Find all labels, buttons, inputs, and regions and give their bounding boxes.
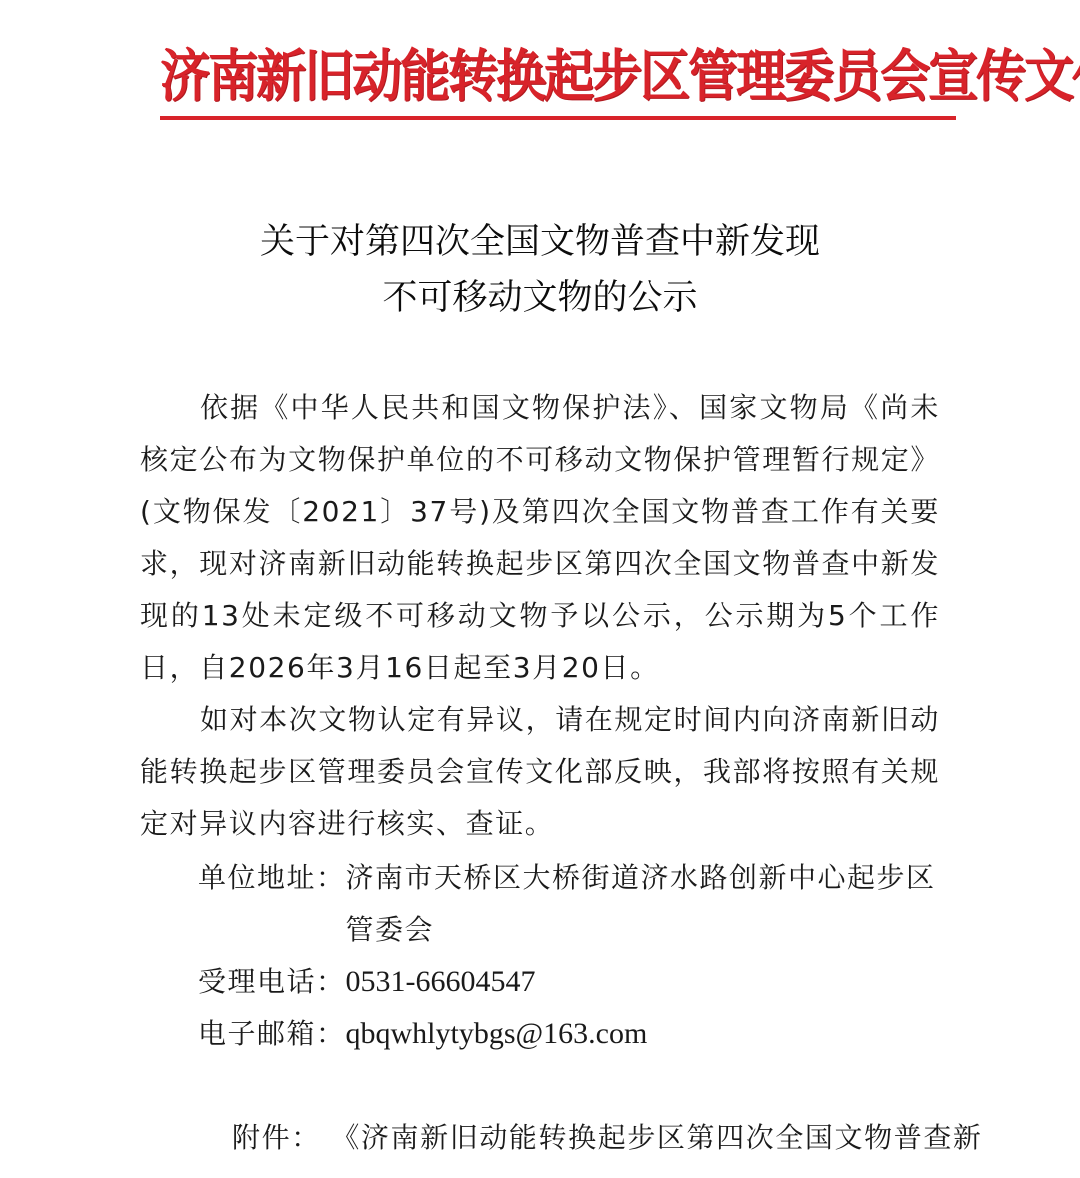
email-value: qbqwhlytybgs@163.com	[346, 1008, 948, 1060]
contact-email-row: 电子邮箱： qbqwhlytybgs@163.com	[198, 1008, 948, 1060]
contact-address-row: 单位地址： 济南市天桥区大桥街道济水路创新中心起步区管委会	[198, 852, 948, 956]
issuer-name: 济南新旧动能转换起步区管理委员会宣传文化部	[160, 36, 956, 117]
contact-info: 单位地址： 济南市天桥区大桥街道济水路创新中心起步区管委会 受理电话： 0531…	[198, 852, 948, 1060]
attachment-label: 附件：	[232, 1121, 321, 1154]
phone-value: 0531-66604547	[346, 956, 948, 1008]
paragraph-legal-basis: 依据《中华人民共和国文物保护法》、国家文物局《尚未核定公布为文物保护单位的不可移…	[140, 382, 940, 694]
document-title-line-1: 关于对第四次全国文物普查中新发现	[0, 214, 1080, 270]
document-title: 关于对第四次全国文物普查中新发现 不可移动文物的公示	[0, 214, 1080, 326]
attachment-title: 《济南新旧动能转换起步区第四次全国文物普查新	[331, 1121, 982, 1154]
red-divider-rule	[160, 116, 956, 120]
paragraph-objection-instructions: 如对本次文物认定有异议，请在规定时间内向济南新旧动能转换起步区管理委员会宣传文化…	[140, 694, 940, 850]
masthead: 济南新旧动能转换起步区管理委员会宣传文化部	[160, 36, 956, 108]
contact-phone-row: 受理电话： 0531-66604547	[198, 956, 948, 1008]
attachment-line: 附件： 《济南新旧动能转换起步区第四次全国文物普查新	[232, 1112, 952, 1164]
email-label: 电子邮箱：	[198, 1008, 346, 1060]
document-title-line-2: 不可移动文物的公示	[0, 270, 1080, 326]
phone-label: 受理电话：	[198, 956, 346, 1008]
address-label: 单位地址：	[198, 852, 346, 904]
address-value: 济南市天桥区大桥街道济水路创新中心起步区管委会	[346, 852, 948, 956]
